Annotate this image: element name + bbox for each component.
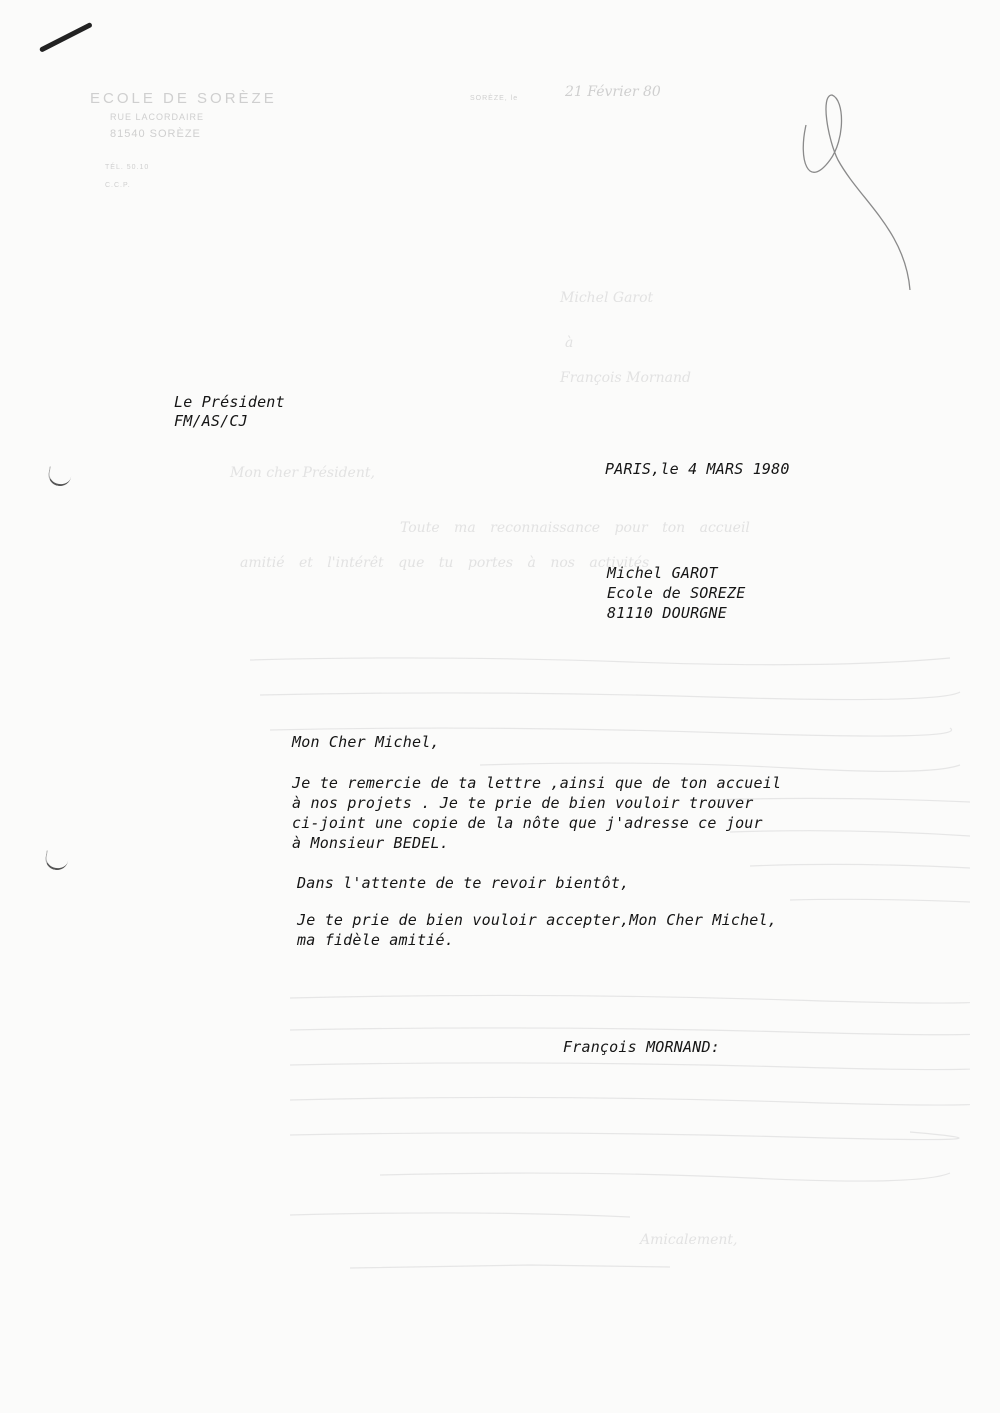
body-paragraph-2: Dans l'attente de te revoir bientôt,	[297, 873, 629, 893]
letterhead-account: C.C.P.	[105, 182, 131, 189]
staple-mark	[39, 22, 93, 53]
body-line: ma fidèle amitié.	[297, 930, 777, 950]
handwritten-initial-mark	[790, 90, 930, 300]
punch-hole	[47, 466, 73, 488]
body-paragraph-1: Je te remercie de ta lettre ,ainsi que d…	[292, 773, 781, 853]
reference: FM/AS/CJ	[174, 411, 248, 431]
recipient-address: Michel GAROT Ecole de SOREZE 81110 DOURG…	[607, 563, 745, 623]
body-line: à Monsieur BEDEL.	[292, 833, 781, 853]
bleed-line: Toute ma reconnaissance pour ton accueil	[400, 520, 750, 536]
letterhead-phone: TÉL. 50.10	[105, 164, 149, 171]
signature: François MORNAND:	[563, 1037, 720, 1057]
place-date: PARIS,le 4 MARS 1980	[605, 459, 790, 479]
punch-hole	[44, 850, 70, 872]
recipient-institution: Ecole de SOREZE	[607, 583, 745, 603]
bleed-line: à	[565, 335, 573, 351]
bleed-line: Michel Garot	[560, 290, 653, 306]
recipient-name: Michel GAROT	[607, 563, 745, 583]
body-line: Je te prie de bien vouloir accepter,Mon …	[297, 910, 777, 930]
body-paragraph-3: Je te prie de bien vouloir accepter,Mon …	[297, 910, 777, 950]
letterhead-street: RUE LACORDAIRE	[110, 112, 204, 122]
letterhead-org-name: ECOLE DE SORÈZE	[90, 90, 277, 107]
letterhead-city: 81540 SORÈZE	[110, 128, 201, 140]
handwritten-date: 21 Février 80	[565, 84, 661, 100]
recipient-city: 81110 DOURGNE	[607, 603, 745, 623]
body-line: à nos projets . Je te prie de bien voulo…	[292, 793, 781, 813]
letterhead-date-prefix: SORÈZE, le	[470, 95, 518, 102]
body-line: Je te remercie de ta lettre ,ainsi que d…	[292, 773, 781, 793]
sender-title: Le Président	[174, 392, 285, 412]
body-line: ci-joint une copie de la nôte que j'adre…	[292, 813, 781, 833]
bleed-line: Mon cher Président,	[230, 465, 375, 481]
bleed-line: amitié et l'intérêt que tu portes à nos …	[240, 555, 649, 571]
bleed-line: François Mornand	[560, 370, 691, 386]
salutation: Mon Cher Michel,	[292, 732, 440, 752]
